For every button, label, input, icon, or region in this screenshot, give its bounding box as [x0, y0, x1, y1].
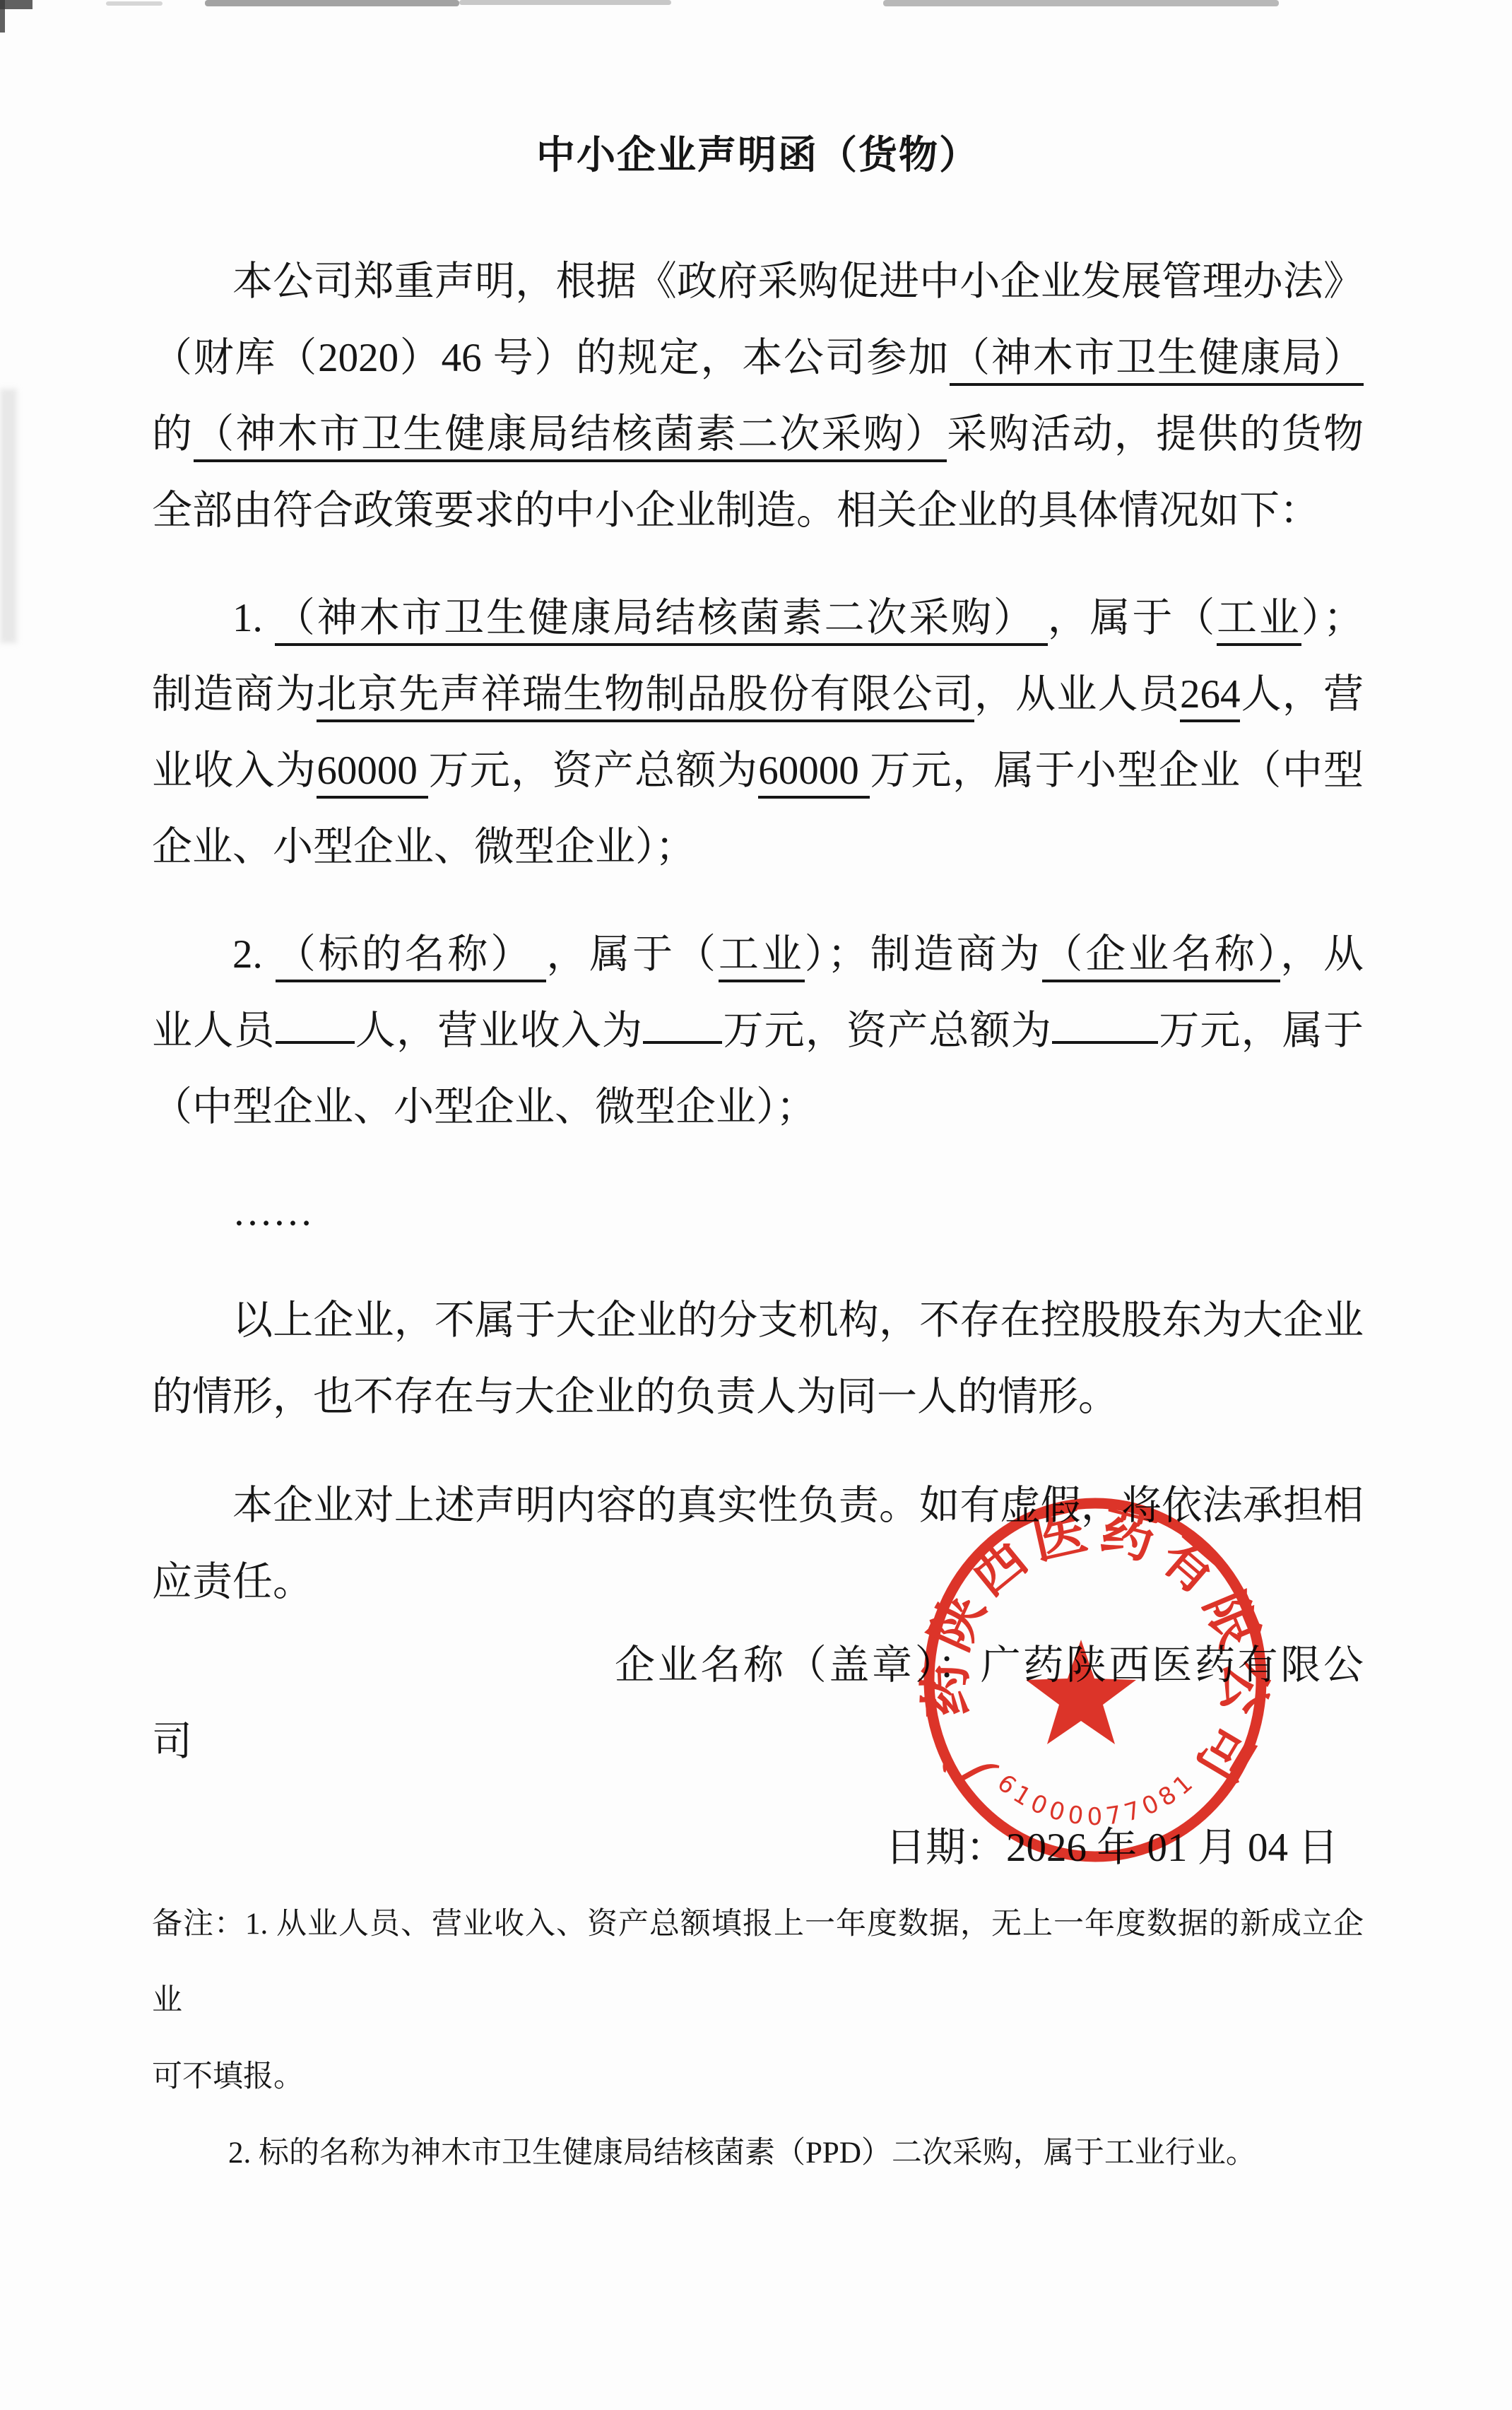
underlined-field: （标的名称）	[276, 932, 546, 982]
paragraph-line: 以上企业，不属于大企业的分支机构，不存在控股股东为大企业	[152, 1283, 1364, 1359]
item-2: 2. （标的名称） ，属于（工业）；制造商为（企业名称），从 业人员人，营业收入…	[152, 917, 1364, 1146]
text-run: 制造商为	[152, 672, 317, 717]
seal-serial-text: 61000077081	[992, 1766, 1202, 1831]
paragraph-line: 业人员人，营业收入为万元，资产总额为万元，属于	[152, 993, 1364, 1069]
text-run: 1.	[232, 596, 275, 640]
company-seal-stamp: 广药陕西医药有限公司 61000077081	[919, 1495, 1272, 1866]
remark-line: 可不填报。	[152, 2039, 1364, 2115]
paragraph-line: 1. （神木市卫生健康局结核菌素二次采购） ，属于（工业）；	[152, 580, 1364, 657]
scan-artifact	[459, 0, 671, 5]
paragraph-no-large-enterprise: 以上企业，不属于大企业的分支机构，不存在控股股东为大企业 的情形，也不存在与大企…	[152, 1283, 1364, 1435]
underlined-field: （神木市卫生健康局）	[950, 336, 1364, 386]
underlined-field: 工业	[1217, 596, 1301, 646]
text-run: 以上企业，不属于大企业的分支机构，不存在控股股东为大企业	[232, 1298, 1364, 1343]
scan-artifact	[883, 0, 1279, 6]
text-run: 万元，属于小型企业（中型	[870, 748, 1364, 793]
seal-star-icon	[1026, 1640, 1136, 1744]
text-run: ，从	[1280, 932, 1364, 977]
text-run: 业收入为	[152, 748, 317, 793]
paragraph-line: 的（神木市卫生健康局结核菌素二次采购）采购活动，提供的货物	[152, 396, 1364, 473]
underlined-field: （神木市卫生健康局结核菌素二次采购）	[275, 596, 1048, 646]
text-run: 本公司郑重声明，根据《政府采购促进中小企业发展管理办法》	[232, 259, 1364, 304]
underlined-field: 264	[1180, 672, 1241, 722]
underlined-field: 60000	[758, 748, 870, 799]
remark-line: 2. 标的名称为神木市卫生健康局结核菌素（PPD）二次采购，属于工业行业。	[152, 2115, 1364, 2192]
paragraph-line: （财库（2020）46 号）的规定，本公司参加（神木市卫生健康局）	[152, 320, 1364, 396]
page-title: 中小企业声明函（货物）	[152, 131, 1364, 180]
text-run: 2. 标的名称为神木市卫生健康局结核菌素（PPD）二次采购，属于工业行业。	[228, 2136, 1256, 2170]
text-run: 司	[152, 1720, 192, 1764]
paragraph-line: 企业、小型企业、微型企业）；	[152, 809, 1364, 886]
underlined-field: 工业	[719, 932, 805, 982]
scan-artifact	[106, 1, 163, 6]
scan-artifact	[0, 389, 17, 643]
text-run: 的	[152, 412, 194, 457]
paragraph-line: 制造商为北京先声祥瑞生物制品股份有限公司，从业人员264人，营	[152, 657, 1364, 733]
text-run: ，从业人员	[974, 672, 1180, 717]
text-run: 2.	[232, 932, 276, 977]
text-run: 人，营	[1240, 672, 1364, 717]
text-run: （中型企业、小型企业、微型企业）；	[152, 1085, 817, 1129]
paragraph-line: （中型企业、小型企业、微型企业）；	[152, 1069, 1364, 1146]
text-run: ）；	[1301, 596, 1364, 640]
text-run: 万元，资产总额为	[428, 748, 758, 793]
remarks-block: 备注：1. 从业人员、营业收入、资产总额填报上一年度数据，无上一年度数据的新成立…	[152, 1886, 1364, 2192]
text-run: 万元，资产总额为	[722, 1009, 1052, 1053]
text-run: ……	[232, 1189, 313, 1234]
item-1: 1. （神木市卫生健康局结核菌素二次采购） ，属于（工业）； 制造商为北京先声祥…	[152, 580, 1364, 886]
text-run: ）；制造商为	[805, 932, 1043, 977]
underlined-field: 60000	[317, 748, 428, 799]
text-run: 企业、小型企业、微型企业）；	[152, 825, 696, 869]
text-run: ，属于（	[546, 932, 719, 977]
paragraph-declaration: 本公司郑重声明，根据《政府采购促进中小企业发展管理办法》 （财库（2020）46…	[152, 244, 1364, 549]
paragraph-line: 全部由符合政策要求的中小企业制造。相关企业的具体情况如下：	[152, 473, 1364, 549]
paragraph-line: 业收入为60000 万元，资产总额为60000 万元，属于小型企业（中型	[152, 733, 1364, 809]
paragraph-line: 本公司郑重声明，根据《政府采购促进中小企业发展管理办法》	[152, 244, 1364, 320]
text-run: 备注：1. 从业人员、营业收入、资产总额填报上一年度数据，无上一年度数据的新成立…	[152, 1908, 1364, 2017]
text-run: （财库（2020）46 号）的规定，本公司参加	[152, 336, 950, 380]
text-run: 全部由符合政策要求的中小企业制造。相关企业的具体情况如下：	[152, 488, 1320, 533]
scan-artifact	[0, 0, 5, 33]
ellipsis-paragraph: ……	[152, 1174, 1364, 1250]
document-page: 中小企业声明函（货物） 本公司郑重声明，根据《政府采购促进中小企业发展管理办法》…	[0, 0, 1512, 2410]
text-run: 应责任。	[152, 1560, 313, 1604]
text-run: 采购活动，提供的货物	[947, 412, 1364, 457]
underlined-field: （企业名称）	[1042, 932, 1280, 982]
blank-field	[1052, 1033, 1158, 1044]
paragraph-line: ……	[152, 1174, 1364, 1250]
text-run: 业人员	[152, 1009, 276, 1053]
underlined-field: （神木市卫生健康局结核菌素二次采购）	[194, 412, 947, 462]
seal-company-text: 广药陕西医药有限公司	[919, 1500, 1272, 1797]
scan-artifact	[205, 0, 459, 6]
text-run: 的情形，也不存在与大企业的负责人为同一人的情形。	[152, 1375, 1118, 1419]
text-run: 万元，属于	[1158, 1009, 1364, 1053]
text-run: 可不填报。	[152, 2060, 304, 2093]
blank-field	[276, 1033, 355, 1044]
remark-line: 备注：1. 从业人员、营业收入、资产总额填报上一年度数据，无上一年度数据的新成立…	[152, 1886, 1364, 2039]
text-run: ，属于（	[1048, 596, 1217, 640]
text-run: 人，营业收入为	[355, 1009, 644, 1053]
paragraph-line: 2. （标的名称） ，属于（工业）；制造商为（企业名称），从	[152, 917, 1364, 993]
paragraph-line: 的情形，也不存在与大企业的负责人为同一人的情形。	[152, 1359, 1364, 1435]
blank-field	[643, 1033, 722, 1044]
underlined-field: 北京先声祥瑞生物制品股份有限公司	[317, 672, 974, 722]
